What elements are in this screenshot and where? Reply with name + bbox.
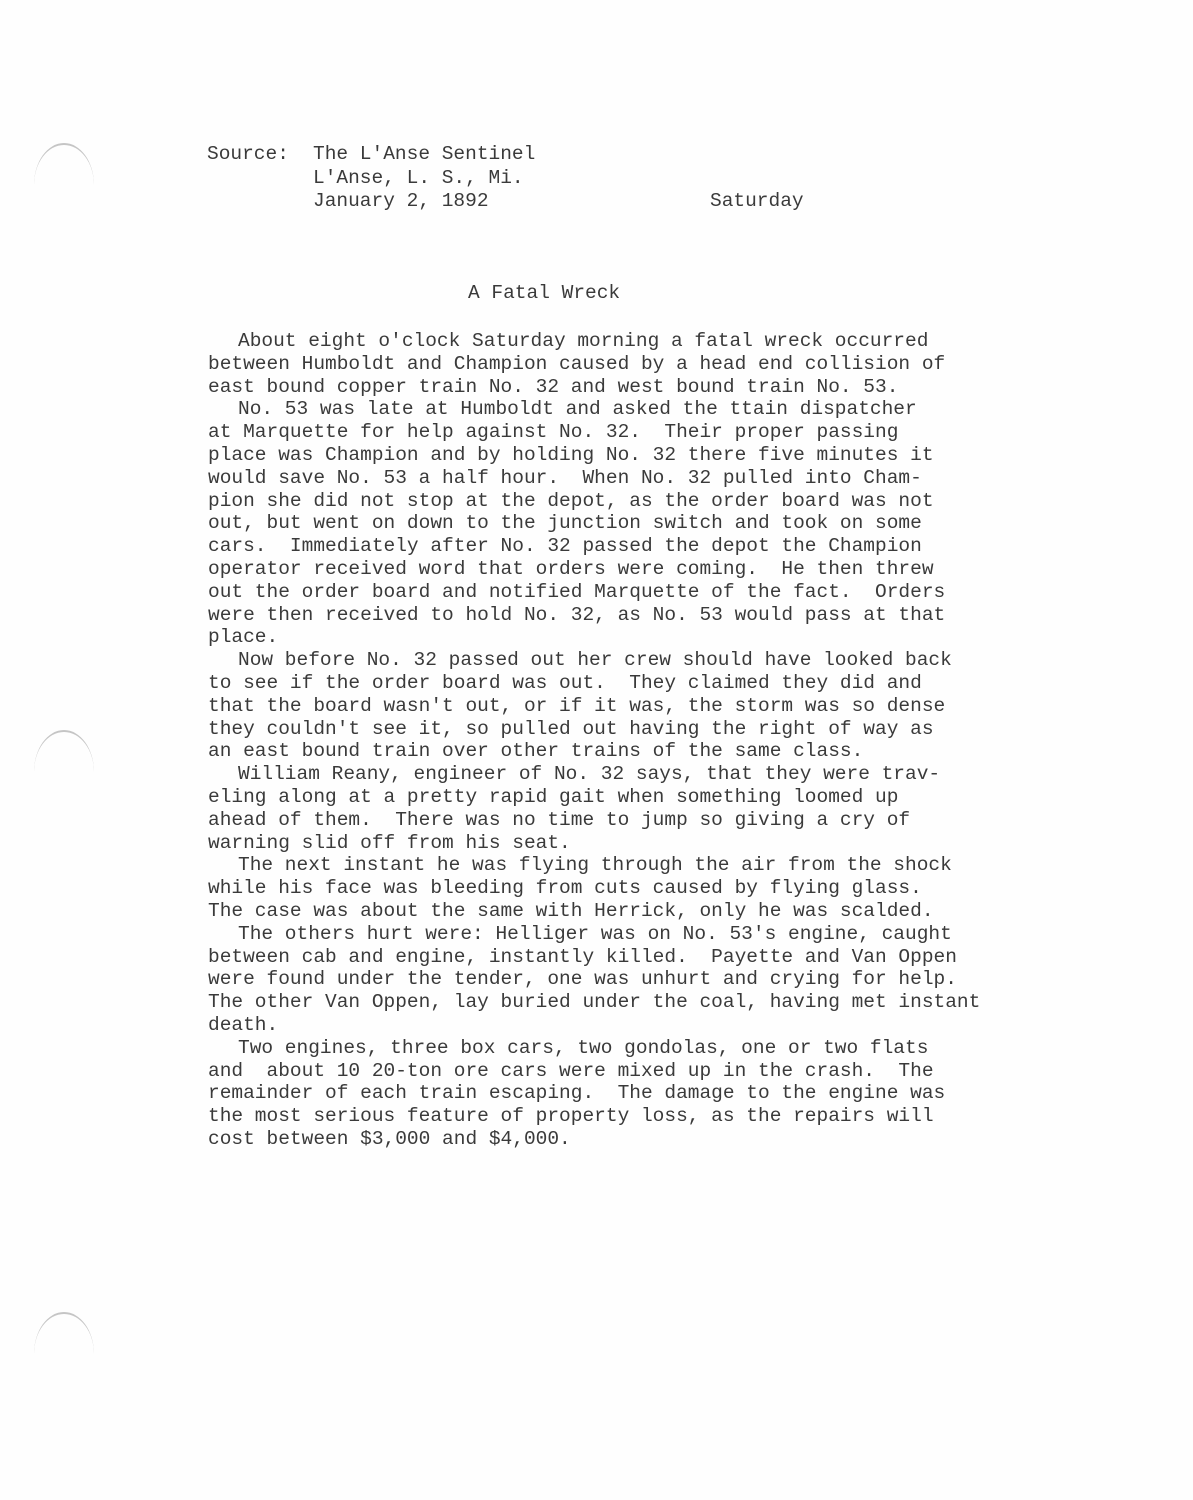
article-line: while his face was bleeding from cuts ca… <box>208 877 968 900</box>
article-line: to see if the order board was out. They … <box>208 672 968 695</box>
article-line: out, but went on down to the junction sw… <box>208 512 968 535</box>
punch-hole-mark-middle <box>34 730 94 772</box>
source-newspaper: The L'Anse Sentinel <box>313 143 535 167</box>
article-line: out the order board and notified Marquet… <box>208 581 968 604</box>
punch-hole-mark-bottom <box>34 1312 94 1354</box>
article-line: pion she did not stop at the depot, as t… <box>208 490 968 513</box>
article-line: death. <box>208 1014 968 1037</box>
article-line: The other Van Oppen, lay buried under th… <box>208 991 968 1014</box>
article-line: place was Champion and by holding No. 32… <box>208 444 968 467</box>
article-line: warning slid off from his seat. <box>208 832 968 855</box>
article-line: were then received to hold No. 32, as No… <box>208 604 968 627</box>
article-line: operator received word that orders were … <box>208 558 968 581</box>
article-line: cost between $3,000 and $4,000. <box>208 1128 968 1151</box>
article-line: William Reany, engineer of No. 32 says, … <box>208 763 968 786</box>
article-line: and about 10 20-ton ore cars were mixed … <box>208 1060 968 1083</box>
article-line: eling along at a pretty rapid gait when … <box>208 786 968 809</box>
article-line: the most serious feature of property los… <box>208 1105 968 1128</box>
article-line: cars. Immediately after No. 32 passed th… <box>208 535 968 558</box>
article-line: Now before No. 32 passed out her crew sh… <box>208 649 968 672</box>
article-line: at Marquette for help against No. 32. Th… <box>208 421 968 444</box>
article-body: About eight o'clock Saturday morning a f… <box>208 330 968 1151</box>
article-line: ahead of them. There was no time to jump… <box>208 809 968 832</box>
article-line: The case was about the same with Herrick… <box>208 900 968 923</box>
article-line: would save No. 53 a half hour. When No. … <box>208 467 968 490</box>
punch-hole-mark-top <box>34 143 94 185</box>
article-title: A Fatal Wreck <box>468 282 620 304</box>
source-day: Saturday <box>710 190 804 212</box>
article-line: The next instant he was flying through t… <box>208 854 968 877</box>
article-line: between cab and engine, instantly killed… <box>208 946 968 969</box>
article-line: place. <box>208 626 968 649</box>
article-line: Two engines, three box cars, two gondola… <box>208 1037 968 1060</box>
source-citation: Source: The L'Anse Sentinel L'Anse, L. S… <box>207 143 535 214</box>
article-line: No. 53 was late at Humboldt and asked th… <box>208 398 968 421</box>
article-line: between Humboldt and Champion caused by … <box>208 353 968 376</box>
article-line: they couldn't see it, so pulled out havi… <box>208 718 968 741</box>
article-line: remainder of each train escaping. The da… <box>208 1082 968 1105</box>
article-line: an east bound train over other trains of… <box>208 740 968 763</box>
source-label: Source: <box>207 143 313 167</box>
article-line: were found under the tender, one was unh… <box>208 968 968 991</box>
source-date: January 2, 1892 <box>313 190 489 214</box>
article-line: The others hurt were: Helliger was on No… <box>208 923 968 946</box>
article-line: About eight o'clock Saturday morning a f… <box>208 330 968 353</box>
document-page: Source: The L'Anse Sentinel L'Anse, L. S… <box>0 0 1193 1500</box>
article-line: that the board wasn't out, or if it was,… <box>208 695 968 718</box>
source-location: L'Anse, L. S., Mi. <box>313 167 524 191</box>
article-line: east bound copper train No. 32 and west … <box>208 376 968 399</box>
